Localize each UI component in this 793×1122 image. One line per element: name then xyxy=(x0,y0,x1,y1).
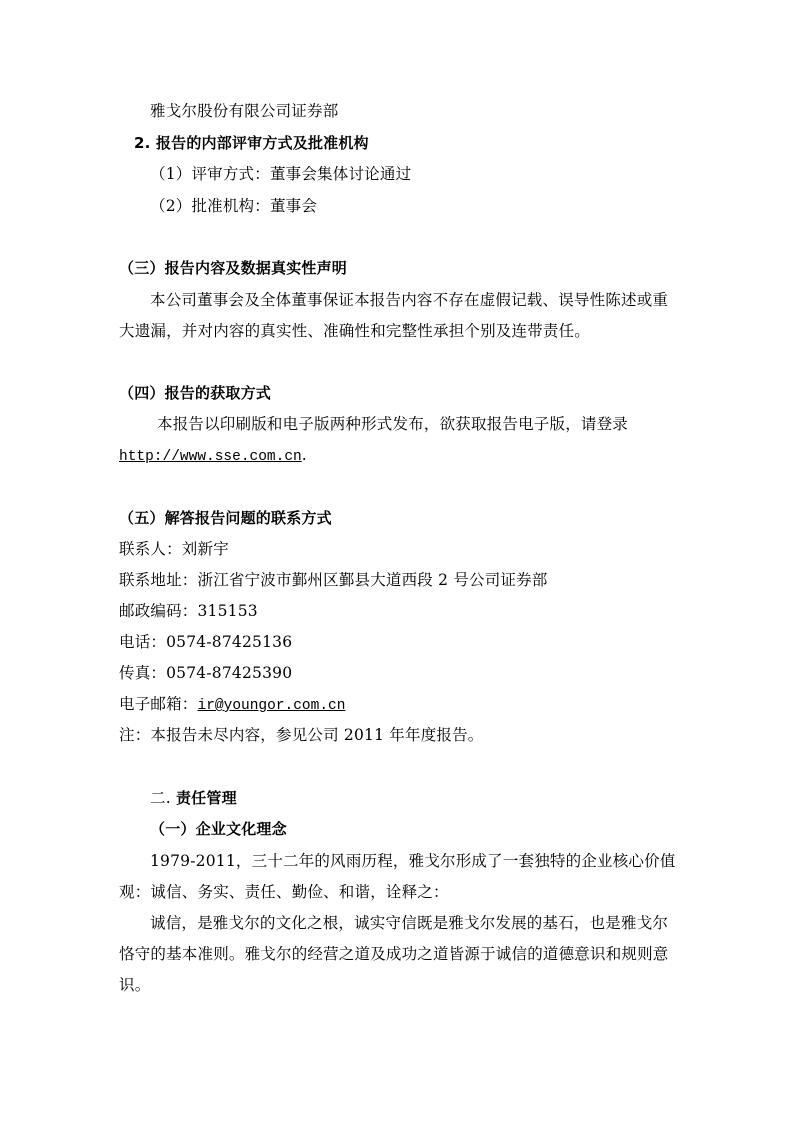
sse-link[interactable]: http://www.sse.com.cn xyxy=(119,449,302,465)
link-suffix: . xyxy=(302,446,307,464)
culture-para1-line1: 1979-2011，三十二年的风雨历程，雅戈尔形成了一套独特的企业核心价值 xyxy=(150,851,676,871)
contact-address: 联系地址：浙江省宁波市鄞州区鄞县大道西段 2 号公司证券部 xyxy=(119,570,548,590)
document-page: 雅戈尔股份有限公司证券部 2. 报告的内部评审方式及批准机构 （1）评审方式：董… xyxy=(0,0,793,1122)
culture-para2-line1: 诚信，是雅戈尔的文化之根，诚实守信既是雅戈尔发展的基石，也是雅戈尔 xyxy=(150,913,668,933)
heading-contact: （五）解答报告问题的联系方式 xyxy=(119,508,332,528)
culture-para1-line2: 观：诚信、务实、责任、勤俭、和谐，诠释之： xyxy=(119,882,449,902)
access-para-line1: 本报告以印刷版和电子版两种形式发布，欲获取报告电子版，请登录 xyxy=(157,414,628,434)
authenticity-para-line1: 本公司董事会及全体董事保证本报告内容不存在虚假记载、误导性陈述或重 xyxy=(150,290,668,310)
subheading-culture: （一）企业文化理念 xyxy=(150,819,287,839)
heading-access-method: （四）报告的获取方式 xyxy=(119,383,271,403)
email-link[interactable]: ir@youngor.com.cn xyxy=(198,698,346,714)
culture-para2-line3: 识。 xyxy=(119,975,150,995)
contact-fax: 传真：0574-87425390 xyxy=(119,663,292,683)
access-link-line: http://www.sse.com.cn. xyxy=(119,445,307,467)
chapter-heading: 二. 责任管理 xyxy=(150,788,237,808)
contact-person: 联系人：刘新宇 xyxy=(119,539,229,559)
culture-para2-line2: 恪守的基本准则。雅戈尔的经营之道及成功之道皆源于诚信的道德意识和规则意 xyxy=(119,944,669,964)
dept-line: 雅戈尔股份有限公司证券部 xyxy=(150,101,338,121)
chapter-number: 二. xyxy=(150,789,171,807)
contact-phone: 电话：0574-87425136 xyxy=(119,632,292,652)
heading-authenticity-statement: （三）报告内容及数据真实性声明 xyxy=(119,258,347,278)
email-label: 电子邮箱： xyxy=(119,695,198,713)
contact-postcode: 邮政编码：315153 xyxy=(119,601,258,621)
heading-review-approval: 2. 报告的内部评审方式及批准机构 xyxy=(134,133,369,153)
contact-email-line: 电子邮箱：ir@youngor.com.cn xyxy=(119,694,345,716)
report-note: 注：本报告未尽内容，参见公司 2011 年年度报告。 xyxy=(119,725,484,745)
authenticity-para-line2: 大遗漏，并对内容的真实性、准确性和完整性承担个别及连带责任。 xyxy=(119,321,590,341)
review-method: （1）评审方式：董事会集体讨论通过 xyxy=(150,164,411,184)
approval-body: （2）批准机构：董事会 xyxy=(150,196,317,216)
chapter-title: 责任管理 xyxy=(176,789,237,807)
